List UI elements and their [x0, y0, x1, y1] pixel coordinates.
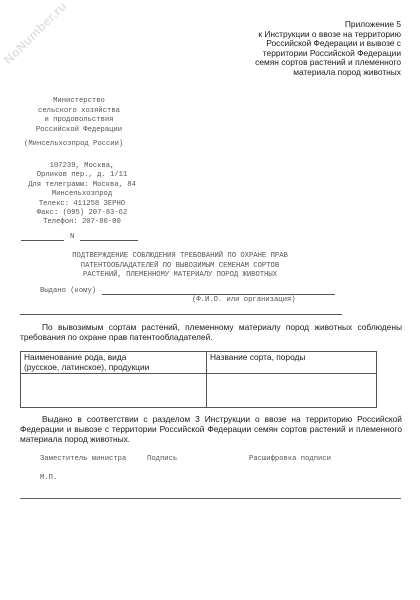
appendix-line: материала пород животных — [201, 68, 401, 78]
ministry-line: Российской Федерации — [24, 126, 134, 136]
table-header-cell: Наименование рода, вида (русское, латинс… — [21, 352, 207, 374]
compliance-paragraph: По вывозимым сортам растений, племенному… — [20, 322, 402, 342]
table-cell[interactable] — [21, 374, 207, 408]
ministry-line: и продовольствия — [24, 116, 134, 126]
ministry-short-name: (Минсельхозпрод России) — [24, 140, 123, 148]
title-line: РАСТЕНИЙ, ПЛЕМЕННОМУ МАТЕРИАЛУ ПОРОД ЖИВ… — [40, 271, 320, 281]
address-line: Для телеграмм: Москва, 84 — [22, 181, 142, 190]
table-row — [21, 374, 377, 408]
bottom-divider — [20, 498, 401, 499]
title-line: ПАТЕНТООБЛАДАТЕЛЕЙ ПО ВЫВОЗИМЫМ СЕМЕНАМ … — [40, 262, 320, 272]
address-line: Минсельхозпрод — [22, 190, 142, 199]
signature-decoding-label: Расшифровка подписи — [249, 455, 331, 463]
address-block: 107239, Москва, Орликов пер., д. 1/11 Дл… — [22, 162, 142, 228]
number-sign: N — [70, 233, 74, 241]
header-line: (русское, латинское), продукции — [24, 363, 203, 373]
table-header-row: Наименование рода, вида (русское, латинс… — [21, 352, 377, 374]
appendix-header: Приложение 5 к Инструкции о ввозе на тер… — [201, 20, 401, 78]
title-line: ПОДТВЕРЖДЕНИЕ СОБЛЮДЕНИЯ ТРЕБОВАНИЙ ПО О… — [40, 252, 320, 262]
table-header-cell: Название сорта, породы — [207, 352, 377, 374]
issued-to-blank[interactable] — [102, 287, 335, 295]
issued-to-hint: (Ф.И.О. или организация) — [192, 296, 296, 304]
address-line: Факс: (095) 207-83-62 — [22, 209, 142, 218]
issued-to-second-line[interactable] — [20, 314, 342, 315]
address-line: Телефон: 207-80-00 — [22, 218, 142, 227]
reference-number-line: N — [21, 233, 138, 241]
varieties-table: Наименование рода, вида (русское, латинс… — [20, 351, 377, 408]
address-line: 107239, Москва, — [22, 162, 142, 171]
stamp-placeholder: М.П. — [40, 474, 57, 482]
basis-paragraph: Выдано в соответствии с разделом 3 Инстр… — [20, 414, 402, 444]
number-blank[interactable] — [80, 233, 138, 241]
ministry-line: сельского хозяйства — [24, 107, 134, 117]
table-cell[interactable] — [207, 374, 377, 408]
ministry-block: Министерство сельского хозяйства и продо… — [24, 97, 134, 135]
address-line: Орликов пер., д. 1/11 — [22, 171, 142, 180]
signatory-position: Заместитель министра — [40, 455, 126, 463]
address-line: Телекс: 411258 ЗЕРНО — [22, 200, 142, 209]
document-title: ПОДТВЕРЖДЕНИЕ СОБЛЮДЕНИЯ ТРЕБОВАНИЙ ПО О… — [40, 252, 320, 281]
ministry-line: Министерство — [24, 97, 134, 107]
watermark: NoNumber.ru — [1, 0, 69, 67]
date-blank[interactable] — [21, 233, 64, 241]
issued-to-label: Выдано (кому) — [40, 287, 96, 295]
issued-to-row: Выдано (кому) — [40, 287, 335, 295]
signature-label: Подпись — [147, 455, 177, 463]
